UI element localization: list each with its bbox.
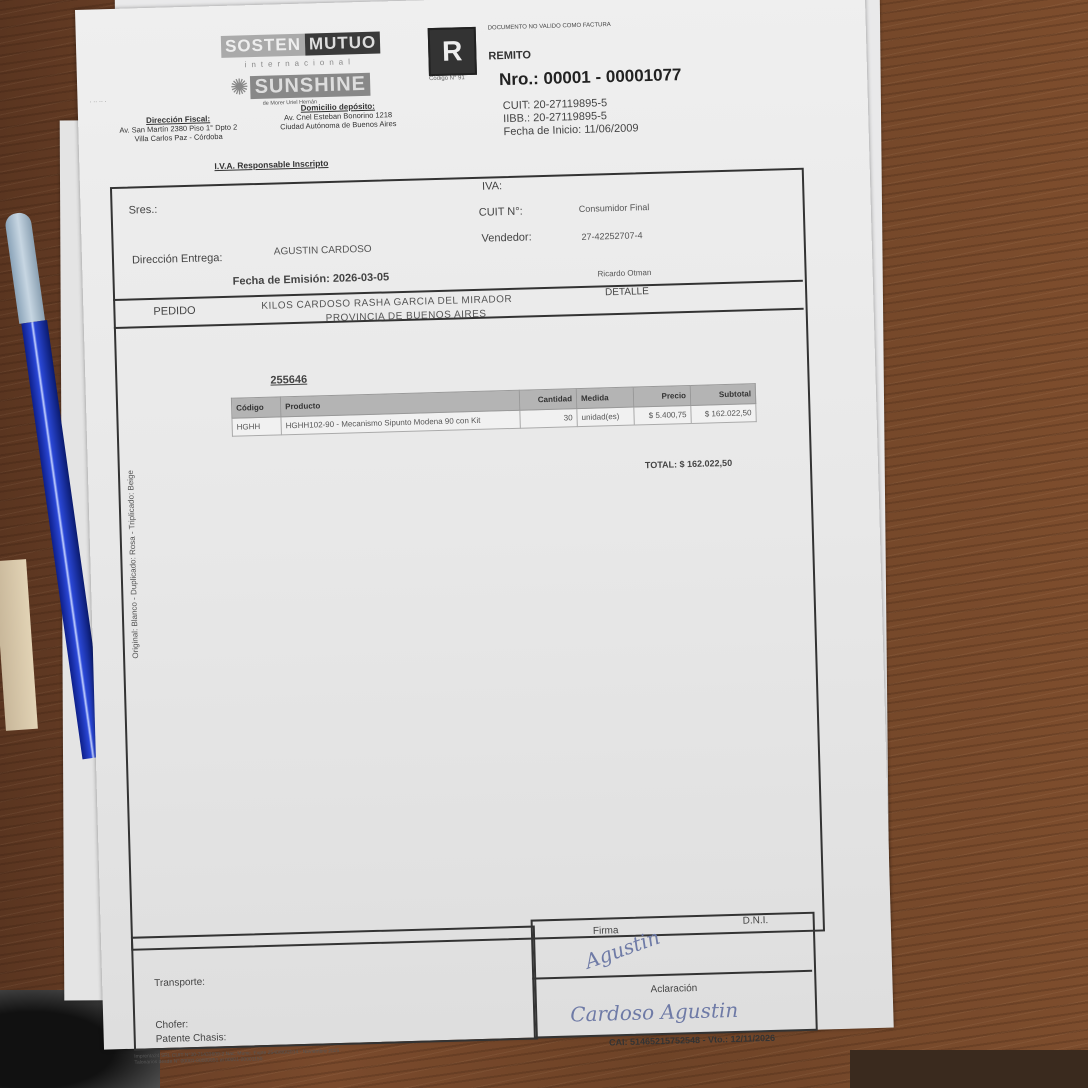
cell-cantidad: 30 bbox=[520, 409, 577, 429]
logo-subtitle: internacional bbox=[244, 57, 355, 69]
fiscal-address: Dirección Fiscal: Av. San Martín 2380 Pi… bbox=[88, 113, 269, 145]
desk-edge bbox=[850, 1050, 1088, 1088]
col-medida: Medida bbox=[576, 387, 634, 409]
issuer-tax-ids: CUIT: 20-27119895-5 IIBB.: 20-27119895-5… bbox=[503, 96, 639, 139]
col-precio: Precio bbox=[633, 385, 691, 407]
remito-document: SOSTEN MUTUO internacional ✺ SUNSHINE de… bbox=[75, 0, 894, 1050]
order-number: 255646 bbox=[270, 374, 307, 387]
cell-medida: unidad(es) bbox=[577, 407, 634, 427]
document-number: Nro.: 00001 - 00001077 bbox=[499, 65, 682, 90]
address-value: AGUSTIN CARDOSO bbox=[274, 244, 372, 258]
signature-label: Firma bbox=[593, 925, 619, 937]
address-label: Dirección Entrega: bbox=[132, 252, 223, 267]
cuit-value: Consumidor Final bbox=[579, 202, 650, 214]
document-type: REMITO bbox=[488, 49, 531, 62]
plate-label: Patente Chasis: bbox=[156, 1032, 227, 1045]
faded-mark: · ·· ·· · bbox=[90, 99, 107, 105]
transport-label: Transporte: bbox=[154, 977, 205, 989]
pedido-label: PEDIDO bbox=[153, 305, 196, 318]
cell-precio: $ 5.400,75 bbox=[634, 405, 691, 425]
col-subtotal: Subtotal bbox=[690, 384, 756, 406]
cell-codigo: HGHH bbox=[232, 417, 281, 436]
transport-section: Transporte: Chofer: Patente Chasis: bbox=[131, 926, 538, 1051]
document-letter-box: R bbox=[428, 27, 477, 76]
logo-part2: MUTUO bbox=[305, 31, 381, 55]
col-codigo: Código bbox=[231, 397, 281, 418]
not-valid-notice: DOCUMENTO NO VALIDO COMO FACTURA bbox=[488, 22, 611, 31]
col-cantidad: Cantidad bbox=[519, 389, 577, 411]
client-section: Sres.: IVA: CUIT N°: Consumidor Final Di… bbox=[110, 168, 803, 301]
cuit-label: CUIT N°: bbox=[479, 206, 523, 219]
handwritten-clarification: Cardoso Agustin bbox=[570, 998, 739, 1027]
brand-logo: ✺ SUNSHINE bbox=[230, 71, 370, 101]
issuer-logo: SOSTEN MUTUO bbox=[221, 31, 381, 57]
sun-icon: ✺ bbox=[230, 74, 249, 101]
sres-label: Sres.: bbox=[128, 204, 157, 217]
issue-date: Fecha de Emisión: 2026-03-05 bbox=[232, 271, 389, 287]
dni-label: D.N.I. bbox=[743, 915, 769, 927]
seller-label: Vendedor: bbox=[481, 231, 531, 244]
seller-name: Ricardo Otman bbox=[597, 268, 651, 278]
iva-label: IVA: bbox=[482, 180, 502, 193]
tax-status: I.V.A. Responsable Inscripto bbox=[214, 158, 328, 171]
warehouse-address: Domicilio depósito: Av. Cnel Esteban Bon… bbox=[248, 100, 429, 132]
seller-value: 27-42252707-4 bbox=[581, 230, 642, 242]
driver-label: Chofer: bbox=[155, 1019, 188, 1031]
logo-part1: SOSTEN bbox=[221, 34, 305, 58]
cell-subtotal: $ 162.022,50 bbox=[691, 404, 756, 424]
brand-name: SUNSHINE bbox=[250, 72, 370, 98]
document-code: Código N° 91 bbox=[429, 75, 465, 82]
start-date: Fecha de Inicio: 11/06/2009 bbox=[503, 122, 638, 139]
clarification-label: Aclaración bbox=[650, 983, 697, 995]
detalle-label: DETALLE bbox=[605, 286, 649, 298]
